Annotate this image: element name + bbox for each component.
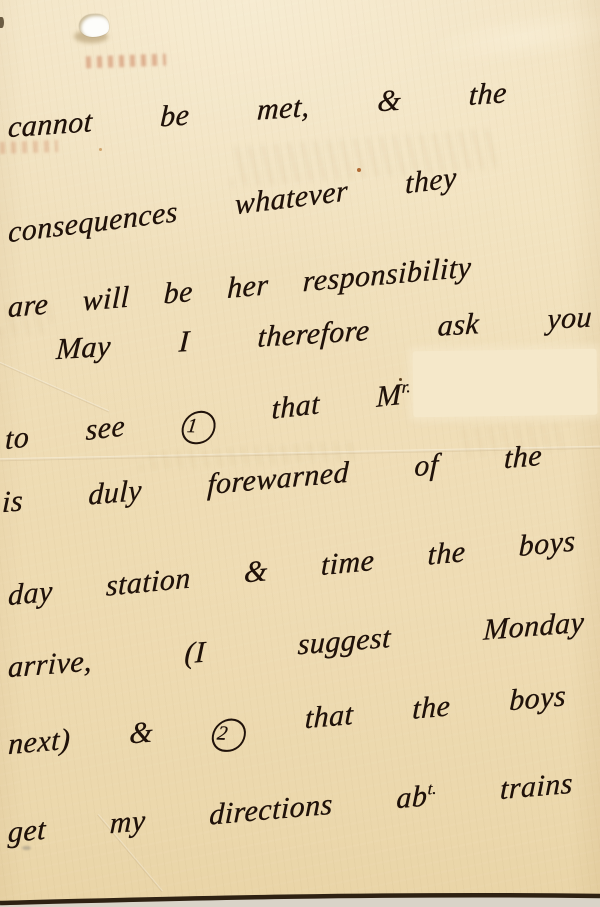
handwriting-line-10: get my directions abt. trains [7, 753, 574, 856]
handwriting-line-1: cannot be met, & the [7, 70, 508, 151]
paper-bottom-edge [0, 889, 600, 907]
line10-text: trains [499, 766, 573, 806]
line10-text: get my directions abt. [7, 778, 436, 849]
line5-text: to see [5, 409, 125, 456]
handwriting-line-2: consequences whatever they [8, 155, 457, 256]
dust-speck [99, 148, 102, 151]
honorific-mr: Mr. [376, 377, 411, 414]
circled-number-1: 1 [179, 411, 217, 445]
stamp-bleed-mark [86, 54, 166, 69]
handwriting-line-7: day station & time the boys [7, 518, 576, 619]
handwriting-line-8: arrive, (I suggest Monday [7, 600, 585, 692]
erased-name-patch [413, 349, 598, 418]
fold-crease-top-right [426, 1, 600, 74]
line9-text: next) & [7, 715, 153, 761]
paper-hole [79, 14, 109, 37]
handwriting-line-9: next) & 2 that the boys [7, 673, 567, 771]
left-edge-nick [0, 17, 4, 28]
line9-text: that the boys [304, 679, 566, 735]
letter-page: cannot be met, & the consequences whatev… [0, 0, 600, 907]
circled-number-2: 2 [209, 718, 248, 753]
letter-photo: cannot be met, & the consequences whatev… [0, 0, 600, 907]
line5-text: that [271, 387, 320, 426]
